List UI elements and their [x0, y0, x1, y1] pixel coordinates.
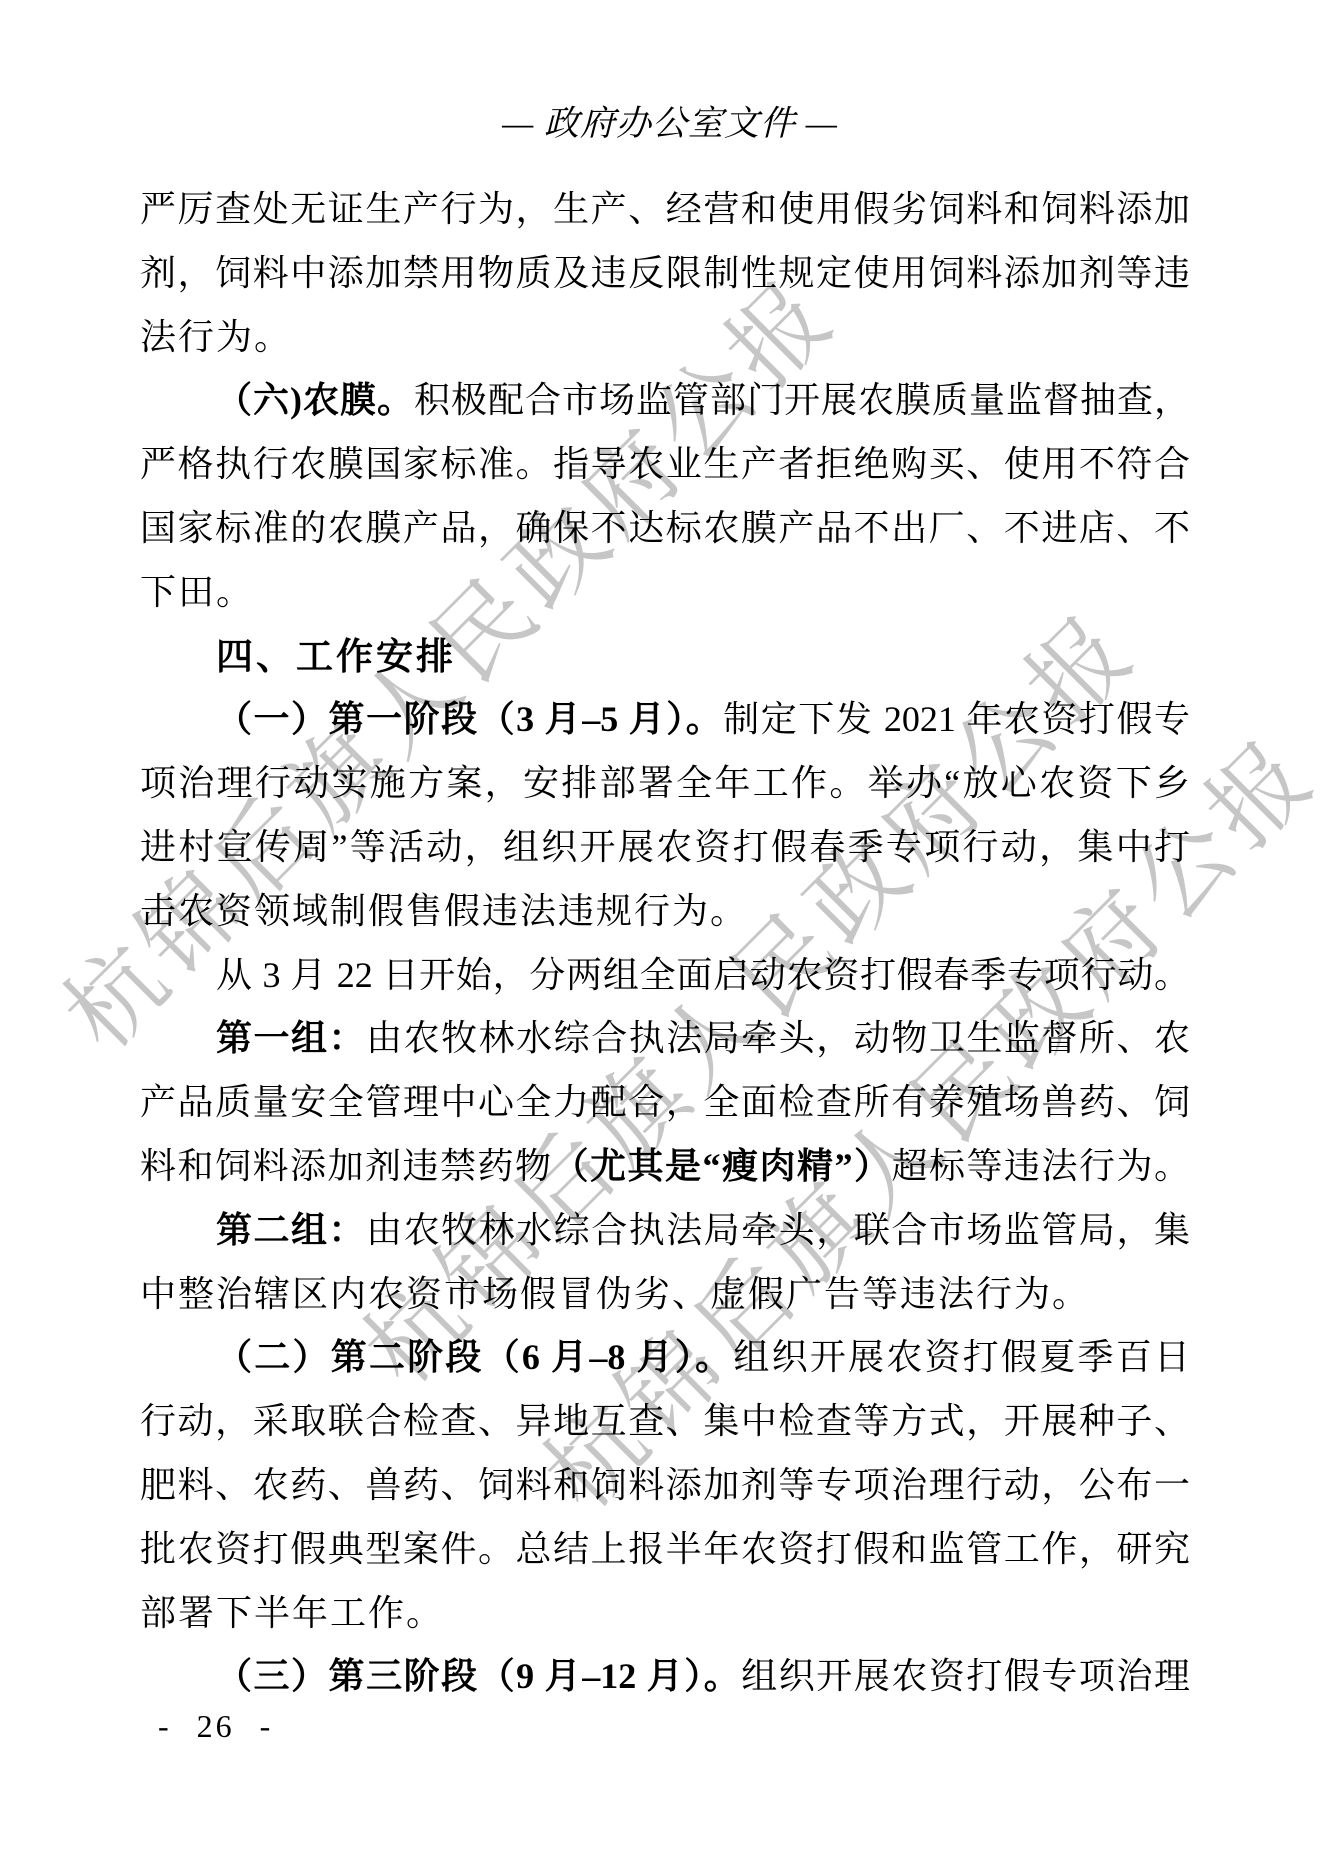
text-segment: 项治理行动实施方案，安排部署全年工作。举办“放心农资下乡 — [140, 763, 1190, 803]
bold-text-segment: （六)农膜。 — [216, 380, 414, 420]
document-header: — 政府办公室文件 — — [502, 96, 838, 146]
text-line: 料和饲料添加剂违禁药物（尤其是“瘦肉精”）超标等违法行为。 — [140, 1135, 1190, 1199]
text-segment: 积极配合市场监管部门开展农膜质量监督抽查， — [414, 380, 1190, 420]
section-heading: 四、工作安排 — [140, 625, 1190, 689]
text-line: （三）第三阶段（9 月–12 月）。组织开展农资打假专项治理 — [140, 1645, 1190, 1709]
text-line: 从 3 月 22 日开始，分两组全面启动农资打假春季专项行动。 — [140, 944, 1190, 1008]
text-line: 剂，饲料中添加禁用物质及违反限制性规定使用饲料添加剂等违 — [140, 242, 1190, 306]
text-line: 中整治辖区内农资市场假冒伪劣、虚假广告等违法行为。 — [140, 1263, 1190, 1327]
text-line: 项治理行动实施方案，安排部署全年工作。举办“放心农资下乡 — [140, 752, 1190, 816]
text-segment: 部署下半年工作。 — [140, 1593, 444, 1633]
text-line: 击农资领域制假售假违法违规行为。 — [140, 880, 1190, 944]
text-segment: 中整治辖区内农资市场假冒伪劣、虚假广告等违法行为。 — [140, 1274, 1090, 1314]
text-segment: 组织开展农资打假夏季百日 — [733, 1337, 1190, 1377]
text-line: 严格执行农膜国家标准。指导农业生产者拒绝购买、使用不符合 — [140, 433, 1190, 497]
bold-text-segment: （尤其是“瘦肉精”） — [552, 1146, 891, 1186]
text-segment: 下田。 — [140, 572, 254, 612]
text-line: 进村宣传周”等活动，组织开展农资打假春季专项行动，集中打 — [140, 816, 1190, 880]
bold-text-segment: （二）第二阶段（6 月–8 月）。 — [216, 1337, 733, 1377]
text-segment: 国家标准的农膜产品，确保不达标农膜产品不出厂、不进店、不 — [140, 508, 1190, 548]
document-body: 严厉查处无证生产行为，生产、经营和使用假劣饲料和饲料添加剂，饲料中添加禁用物质及… — [140, 178, 1190, 1709]
bold-text-segment: 第一组： — [216, 1018, 366, 1058]
text-line: 肥料、农药、兽药、饲料和饲料添加剂等专项治理行动，公布一 — [140, 1454, 1190, 1518]
text-line: 部署下半年工作。 — [140, 1582, 1190, 1646]
bold-text-segment: 四、工作安排 — [216, 636, 456, 677]
text-line: （六)农膜。积极配合市场监管部门开展农膜质量监督抽查， — [140, 369, 1190, 433]
text-line: （二）第二阶段（6 月–8 月）。组织开展农资打假夏季百日 — [140, 1326, 1190, 1390]
text-line: 产品质量安全管理中心全力配合，全面检查所有养殖场兽药、饲 — [140, 1071, 1190, 1135]
text-segment: 肥料、农药、兽药、饲料和饲料添加剂等专项治理行动，公布一 — [140, 1465, 1190, 1505]
text-segment: 批农资打假典型案件。总结上报半年农资打假和监管工作，研究 — [140, 1529, 1190, 1569]
text-segment: 严格执行农膜国家标准。指导农业生产者拒绝购买、使用不符合 — [140, 444, 1190, 484]
text-line: 法行为。 — [140, 306, 1190, 370]
text-line: 国家标准的农膜产品，确保不达标农膜产品不出厂、不进店、不 — [140, 497, 1190, 561]
bold-text-segment: 第二组： — [216, 1210, 366, 1250]
text-line: （一）第一阶段（3 月–5 月）。制定下发 2021 年农资打假专 — [140, 688, 1190, 752]
text-segment: 击农资领域制假售假违法违规行为。 — [140, 891, 748, 931]
text-segment: 料和饲料添加剂违禁药物 — [140, 1146, 552, 1186]
text-segment: 从 3 月 22 日开始，分两组全面启动农资打假春季专项行动。 — [216, 955, 1190, 995]
text-line: 下田。 — [140, 561, 1190, 625]
text-line: 严厉查处无证生产行为，生产、经营和使用假劣饲料和饲料添加 — [140, 178, 1190, 242]
text-segment: 制定下发 2021 年农资打假专 — [723, 699, 1190, 739]
text-segment: 组织开展农资打假专项治理 — [741, 1656, 1190, 1696]
text-segment: 由农牧林水综合执法局牵头，动物卫生监督所、农 — [366, 1018, 1190, 1058]
text-segment: 行动，采取联合检查、异地互查、集中检查等方式，开展种子、 — [140, 1401, 1190, 1441]
text-segment: 剂，饲料中添加禁用物质及违反限制性规定使用饲料添加剂等违 — [140, 253, 1190, 293]
bold-text-segment: （一）第一阶段（3 月–5 月）。 — [216, 699, 723, 739]
text-segment: 法行为。 — [140, 317, 292, 357]
page-number: - 26 - — [158, 1706, 273, 1746]
text-segment: 产品质量安全管理中心全力配合，全面检查所有养殖场兽药、饲 — [140, 1082, 1190, 1122]
text-line: 第一组：由农牧林水综合执法局牵头，动物卫生监督所、农 — [140, 1007, 1190, 1071]
bold-text-segment: （三）第三阶段（9 月–12 月）。 — [216, 1656, 741, 1696]
text-segment: 由农牧林水综合执法局牵头，联合市场监管局，集 — [366, 1210, 1190, 1250]
text-line: 第二组：由农牧林水综合执法局牵头，联合市场监管局，集 — [140, 1199, 1190, 1263]
text-line: 行动，采取联合检查、异地互查、集中检查等方式，开展种子、 — [140, 1390, 1190, 1454]
text-segment: 进村宣传周”等活动，组织开展农资打假春季专项行动，集中打 — [140, 827, 1190, 867]
text-line: 批农资打假典型案件。总结上报半年农资打假和监管工作，研究 — [140, 1518, 1190, 1582]
text-segment: 严厉查处无证生产行为，生产、经营和使用假劣饲料和饲料添加 — [140, 189, 1190, 229]
text-segment: 超标等违法行为。 — [891, 1146, 1190, 1186]
